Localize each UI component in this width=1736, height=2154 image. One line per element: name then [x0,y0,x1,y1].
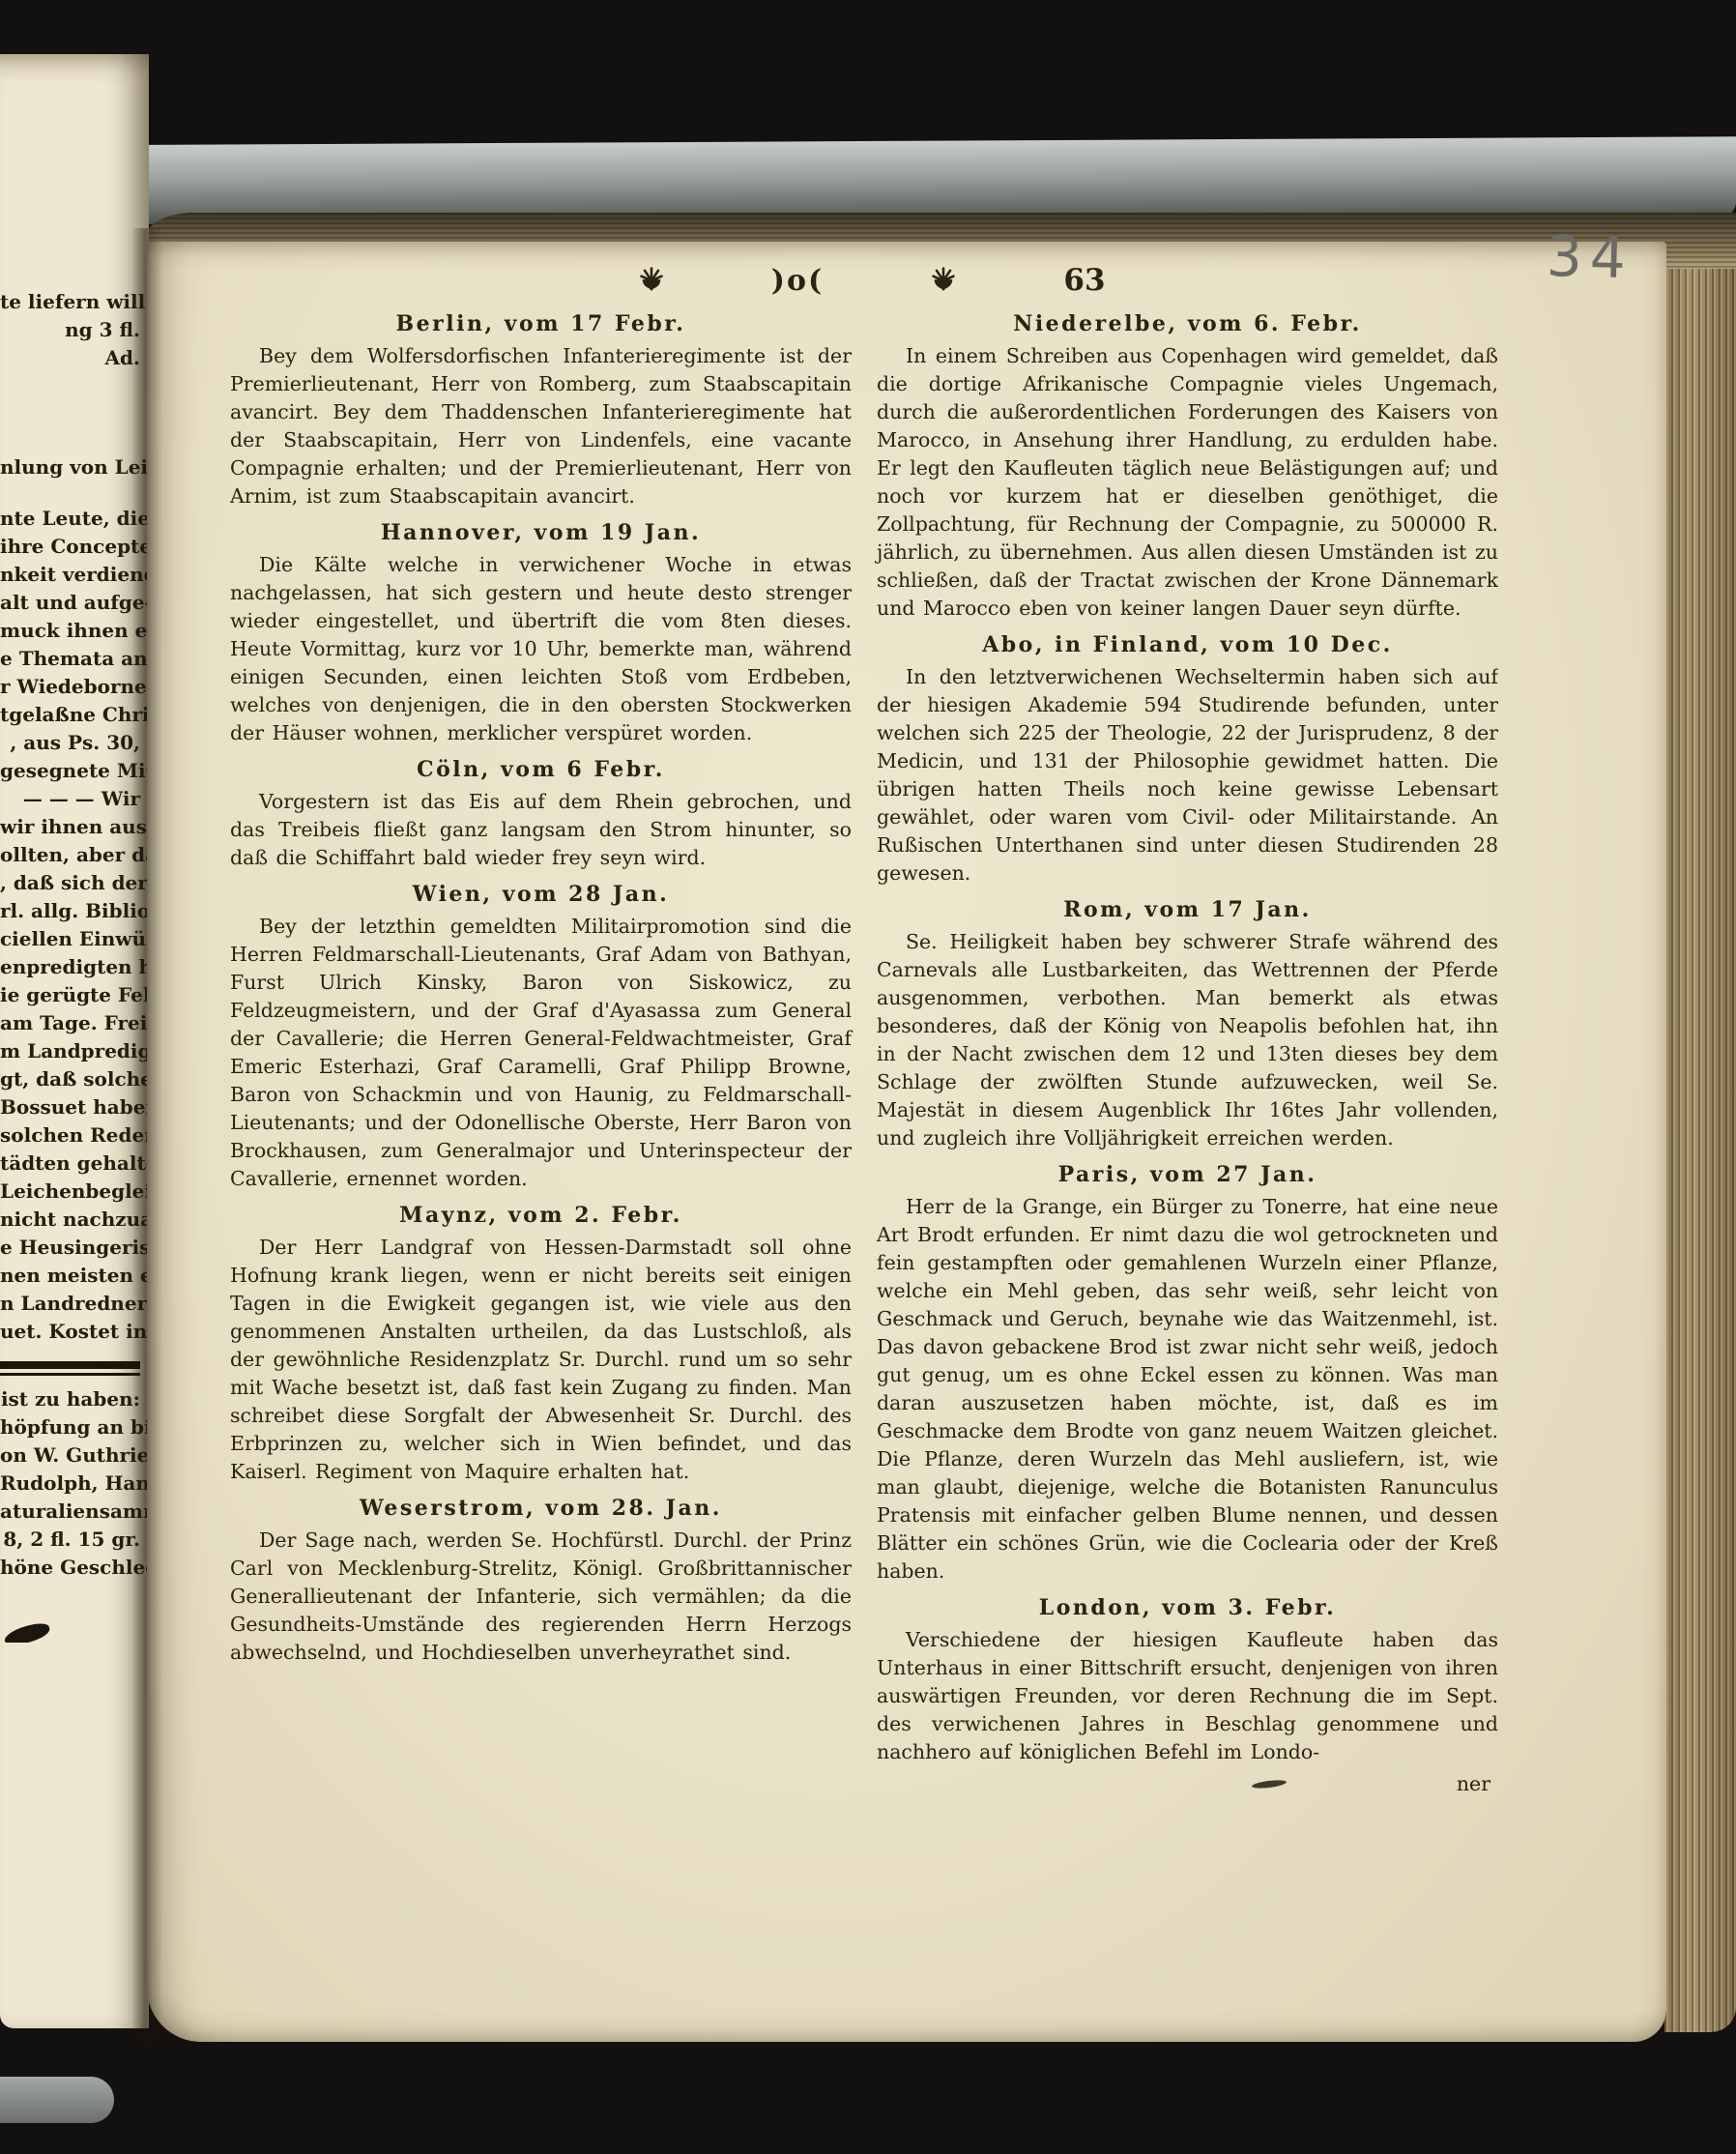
catchword-row: ner [877,1772,1498,1795]
cutoff-text-line: am Tage. Frei- [0,1009,140,1037]
cutoff-text-line: nte Leute, die [0,505,140,533]
section-paragraph: In den letztverwichenen Wechseltermin ha… [877,663,1498,888]
cutoff-text-line: gesegnete Mittel [0,757,140,785]
cutoff-text-line: solchen Reden [0,1121,140,1150]
cutoff-text-line: Leichenbegleiter [0,1178,140,1206]
section-paragraph: Se. Heiligkeit haben bey schwerer Strafe… [877,928,1498,1152]
cutoff-text-line: ciellen Einwür- [0,925,140,953]
section-paragraph: Vorgestern ist das Eis auf dem Rhein geb… [230,788,852,872]
columns-container: Berlin, vom 17 Febr.Bey dem Wolfersdorfi… [230,311,1498,1974]
cutoff-text-line: muck ihnen eine [0,617,140,645]
cutoff-text-line: aturaliensamm- [0,1498,140,1526]
cutoff-text-line: ollten, aber das [0,841,140,869]
cutoff-text-line: ist zu haben: [0,1385,140,1413]
cutoff-text-line: Bossuet haben [0,1093,140,1121]
section-paragraph: Verschiedene der hiesigen Kaufleute habe… [877,1626,1498,1766]
cutoff-text-line: rl. allg. Biblio- [0,897,140,925]
left-page-strip-content: te liefern will.ng 3 fl.Ad.nlung von Lei… [0,288,149,1643]
section-paragraph: Der Herr Landgraf von Hessen-Darmstadt s… [230,1234,852,1486]
cutoff-text-line: tgelaßne Christ [0,701,140,729]
section-heading: London, vom 3. Febr. [877,1595,1498,1620]
gutter-shadow [131,228,162,2046]
column-right: Niederelbe, vom 6. Febr.In einem Schreib… [877,311,1498,1974]
printed-page-number: 63 [1046,263,1123,298]
main-page: )o( 63 Berlin, vom 17 Febr.Bey dem Wolfe… [147,242,1666,2042]
scan-background: { "colors":{ "page":"#ebe3c9","ink":"#2b… [0,0,1736,2154]
cutoff-text-line: — — — Wir [0,785,140,813]
cutoff-text-line: wir ihnen aus [0,813,140,841]
cutoff-text-line: Rudolph, Hand- [0,1470,140,1498]
cutoff-text-line: r Wiedebornen [0,673,140,701]
cutoff-text-line: ie gerügte Feh- [0,981,140,1009]
ornament-separator: )o( [771,264,824,298]
cutoff-text-line: gt, daß solcher [0,1065,140,1093]
section-heading: Abo, in Finland, vom 10 Dec. [877,632,1498,657]
cutoff-text-line: alt und aufge- [0,589,140,617]
section-heading: Hannover, vom 19 Jan. [230,520,852,545]
cutoff-text-line: tädten gehalten [0,1150,140,1178]
handwritten-page-number: 34 [1546,223,1635,291]
section-heading: Cöln, vom 6 Febr. [230,757,852,782]
book-cover-top [0,136,1736,224]
section-heading: Paris, vom 27 Jan. [877,1162,1498,1187]
section-paragraph: Der Sage nach, werden Se. Hochfürstl. Du… [230,1527,852,1667]
cutoff-text-line: 8, 2 fl. 15 gr. [0,1526,140,1554]
left-page-strip: te liefern will.ng 3 fl.Ad.nlung von Lei… [0,54,149,2028]
book-cover-bottom-left [0,2077,114,2123]
cutoff-text-line: , daß sich der [0,869,140,897]
section-paragraph: Bey der letzthin gemeldten Militairpromo… [230,913,852,1193]
cutoff-text-line: nen meisten ehr- [0,1262,140,1290]
cutoff-text-line: m Landpredigt- [0,1037,140,1065]
shell-ornament-icon [930,266,957,295]
cutoff-text-line: nlung von Leich- [0,453,140,481]
cutoff-text-line: te liefern will. [0,288,140,316]
cutoff-text-line: enpredigten hat [0,953,140,981]
cutoff-text-line: höne Geschlecht, [0,1554,140,1582]
section-paragraph: Herr de la Grange, ein Bürger zu Tonerre… [877,1193,1498,1586]
section-heading: Weserstrom, vom 28. Jan. [230,1496,852,1521]
cutoff-text-line: uet. Kostet in [0,1318,140,1346]
cutoff-text-line: höpfung an bis [0,1413,140,1441]
cutoff-text-line: e Heusingerische [0,1234,140,1262]
cutoff-text-line: e Themata an- [0,645,140,673]
cutoff-text-line: Ad. [0,344,140,372]
cutoff-text-line: ihre Concepte [0,533,140,561]
separator-rule [0,1361,140,1376]
section-heading: Rom, vom 17 Jan. [877,897,1498,922]
cutoff-text-line: , aus Ps. 30, [0,729,140,757]
ink-blot [3,1620,52,1643]
section-paragraph: Bey dem Wolfersdorfischen Infanterieregi… [230,342,852,510]
cutoff-text-line: nicht nachzuah- [0,1206,140,1234]
right-page-stack [1664,269,1736,2032]
shell-ornament-icon [638,266,665,295]
section-heading: Wien, vom 28 Jan. [230,882,852,907]
smudge-mark [1252,1778,1288,1789]
cutoff-text-line: nkeit verdienen [0,561,140,589]
catchword: ner [1457,1772,1490,1795]
cutoff-text-line: ng 3 fl. [0,316,140,344]
ornaments-row: )o( [638,261,957,300]
section-paragraph: In einem Schreiben aus Copenhagen wird g… [877,342,1498,623]
cutoff-text-line: n Landrednern [0,1290,140,1318]
cutoff-text-line: on W. Guthrie [0,1441,140,1470]
section-paragraph: Die Kälte welche in verwichener Woche in… [230,551,852,747]
section-heading: Berlin, vom 17 Febr. [230,311,852,336]
section-heading: Maynz, vom 2. Febr. [230,1203,852,1228]
column-left: Berlin, vom 17 Febr.Bey dem Wolfersdorfi… [230,311,852,1974]
section-heading: Niederelbe, vom 6. Febr. [877,311,1498,336]
